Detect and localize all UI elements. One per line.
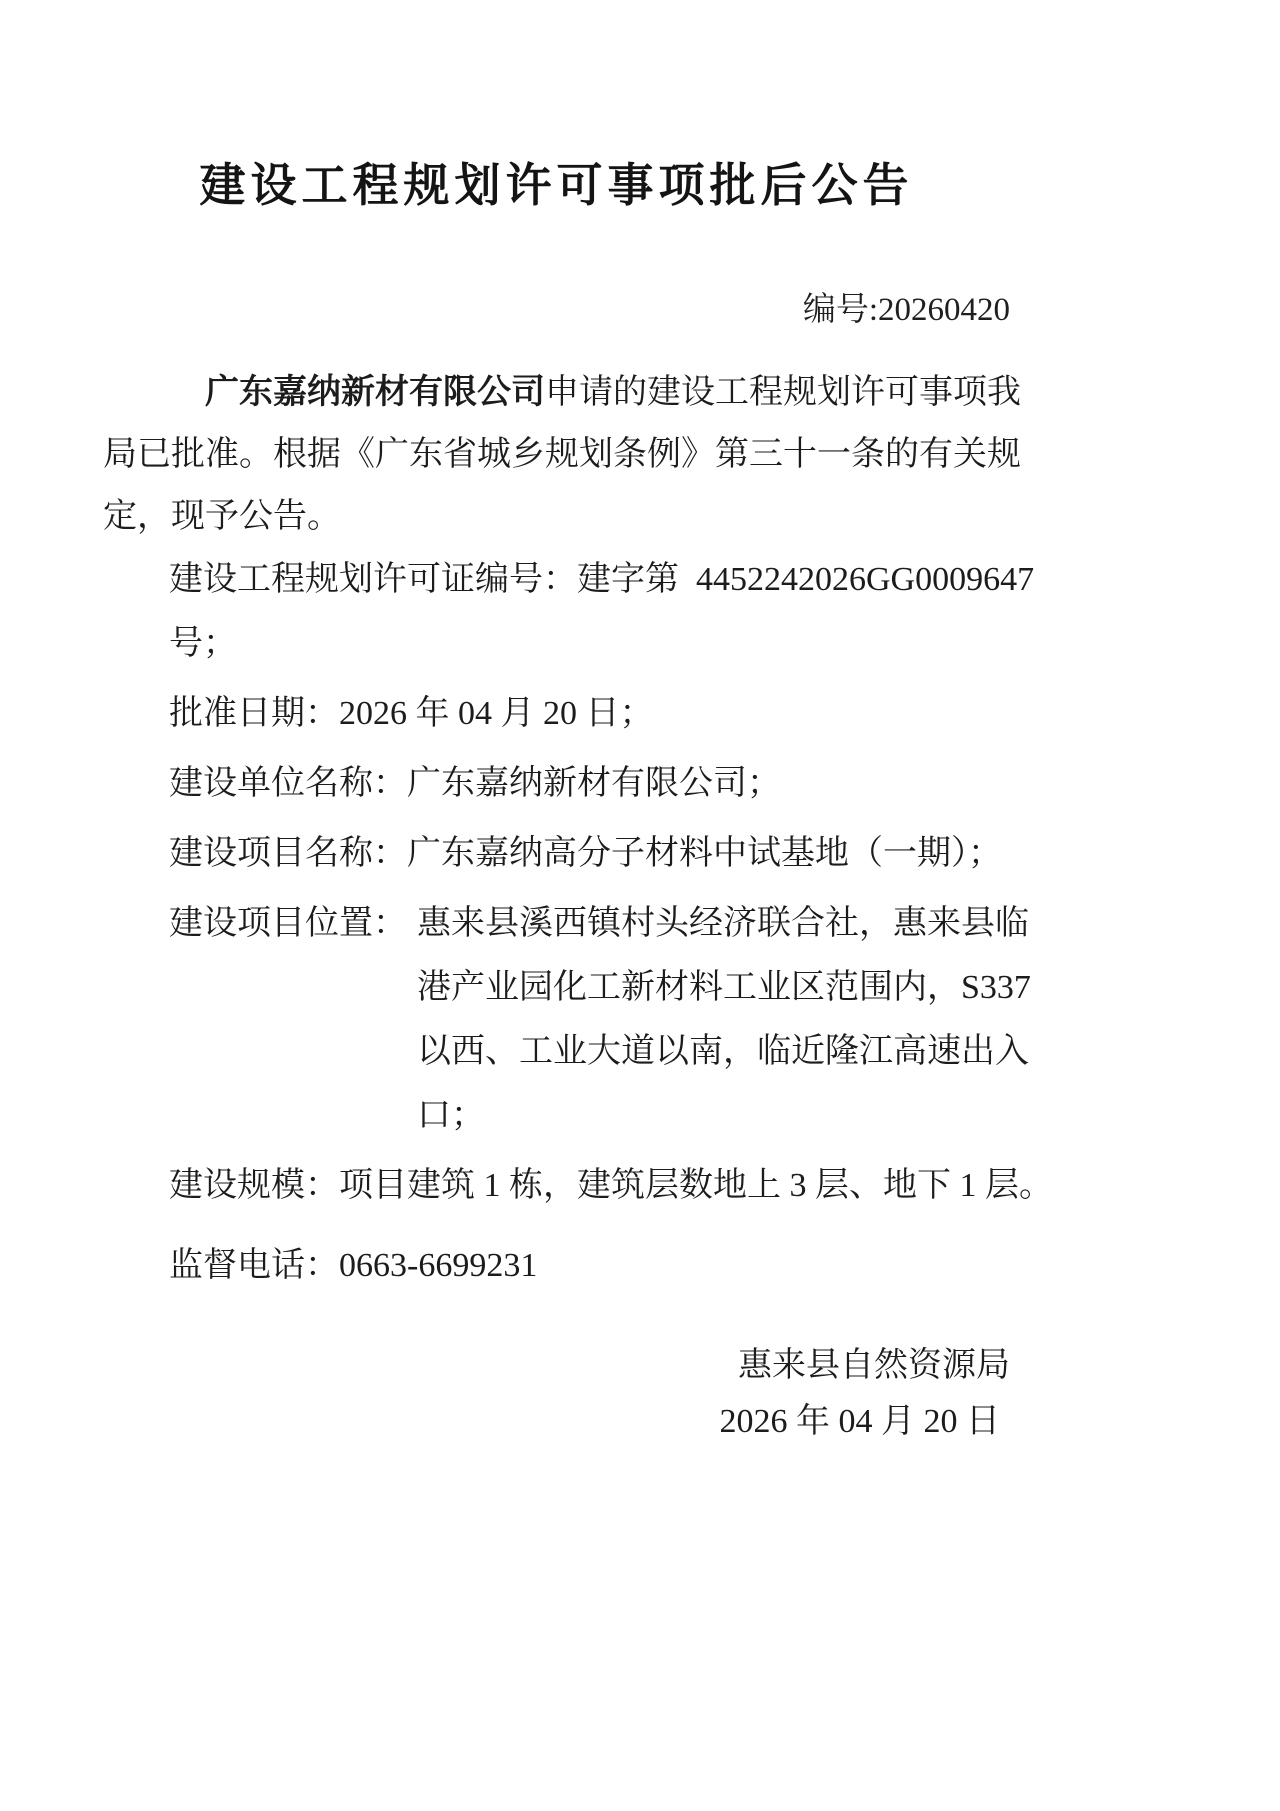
approval-date-line: 批准日期：2026 年 04 月 20 日；: [169, 682, 1010, 746]
construction-scale-line: 建设规模：项目建筑 1 栋，建筑层数地上 3 层、地下 1 层。: [169, 1154, 1010, 1218]
announcement-document: 建设工程规划许可事项批后公告 编号:20260420 广东嘉纳新材有限公司申请的…: [0, 0, 1280, 1811]
document-title: 建设工程规划许可事项批后公告: [103, 155, 1010, 215]
permit-number-line: 建设工程规划许可证编号：建字第 4452242026GG0009647: [169, 548, 1010, 612]
location-label: 建设项目位置：: [169, 892, 407, 956]
supervision-phone-line: 监督电话：0663-6699231: [169, 1234, 1010, 1298]
doc-number: 编号:20260420: [103, 287, 1010, 333]
document-content: 建设工程规划许可事项批后公告 编号:20260420 广东嘉纳新材有限公司申请的…: [103, 0, 1010, 1450]
location-line-2: 港产业园化工新材料工业区范围内，S337: [417, 956, 1031, 1020]
applicant-name: 广东嘉纳新材有限公司: [205, 373, 545, 411]
location-line-3: 以西、工业大道以南，临近隆江高速出入: [417, 1020, 1031, 1084]
location-line-4: 口；: [417, 1084, 1031, 1148]
issuing-authority: 惠来县自然资源局: [103, 1338, 1010, 1394]
document-footer: 惠来县自然资源局 2026 年 04 月 20 日: [103, 1338, 1010, 1450]
project-name-line: 建设项目名称：广东嘉纳高分子材料中试基地（一期）；: [169, 822, 1010, 886]
location-value: 惠来县溪西镇村头经济联合社，惠来县临 港产业园化工新材料工业区范围内，S337 …: [417, 892, 1031, 1148]
project-location-block: 建设项目位置： 惠来县溪西镇村头经济联合社，惠来县临 港产业园化工新材料工业区范…: [169, 892, 1010, 1148]
permit-number-wrap: 号；: [169, 612, 1010, 676]
intro-line-1-rest: 申请的建设工程规划许可事项我: [545, 374, 1021, 411]
detail-items: 建设工程规划许可证编号：建字第 4452242026GG0009647 号； 批…: [103, 548, 1010, 1298]
location-line-1: 惠来县溪西镇村头经济联合社，惠来县临: [417, 892, 1031, 956]
intro-paragraph: 广东嘉纳新材有限公司申请的建设工程规划许可事项我 局已批准。根据《广东省城乡规划…: [103, 361, 1010, 548]
intro-line-2: 局已批准。根据《广东省城乡规划条例》第三十一条的有关规: [103, 424, 1010, 486]
intro-line-3: 定，现予公告。: [103, 486, 1010, 548]
unit-name-line: 建设单位名称：广东嘉纳新材有限公司；: [169, 752, 1010, 816]
intro-line-1: 广东嘉纳新材有限公司申请的建设工程规划许可事项我: [103, 361, 1010, 424]
issue-date: 2026 年 04 月 20 日: [103, 1394, 1010, 1450]
